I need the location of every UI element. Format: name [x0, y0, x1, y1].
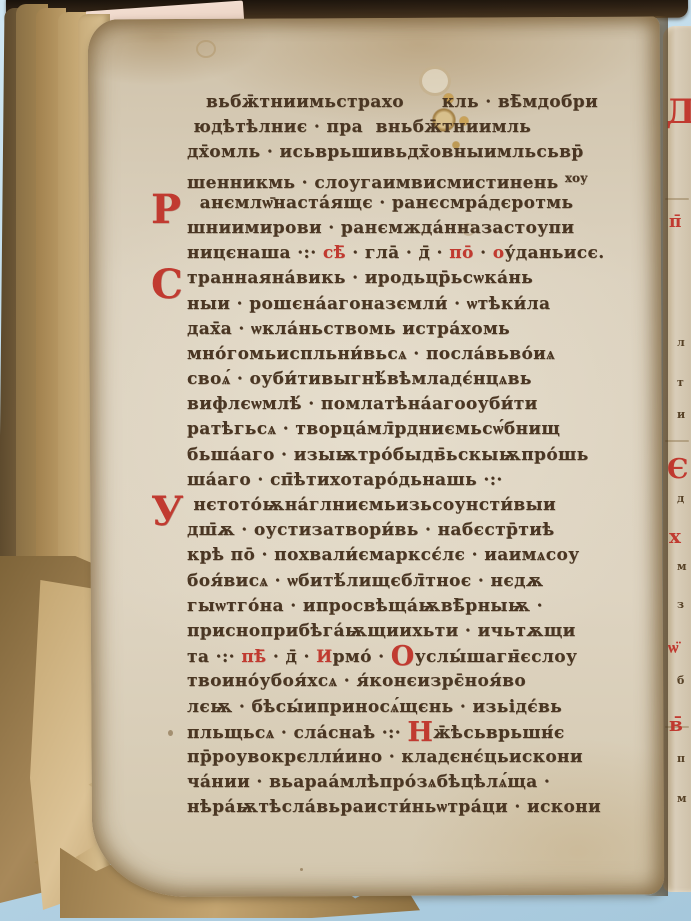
text-line: шниимирови · ранємжда́нназастоупи — [187, 216, 657, 241]
line-segment: пѣ̄ — [241, 647, 266, 667]
text-fragment: и — [677, 408, 685, 421]
line-segment: нєтото́ѭна́глниємьизьсоунсти́выи — [187, 495, 556, 515]
text-line: пльщьсѧ · сла́снаѣ ·:· Нж̄ѣсьврьшн́є — [187, 720, 657, 745]
rubric-letter: Є — [667, 454, 688, 485]
text-line: мно́гомьиспльни́вьсѧ · посла́вьво́иѧ — [187, 342, 657, 367]
drop-cap-initial: Р — [151, 188, 185, 232]
line-segment: дх̄омль · исьврьшивьдх̄овныимльсьвр̄ — [187, 142, 584, 162]
speck — [300, 868, 303, 871]
text-fragment: м — [677, 560, 687, 573]
text-line: гыѡтго́на · ипросвѣща́ѭвѣ̄рныѭ · — [187, 594, 657, 619]
text-block: вьбж̄тниимьстрахо кль · вѣ̄мдобри юдѣтѣл… — [187, 90, 657, 820]
line-segment: нѣра́ѭтѣсла́вьраисти́ньѡтра́ци · искони — [187, 797, 601, 817]
text-line: своѧ́ · оуби́тивыгнѣ́вѣмладє́нцѧвь — [187, 367, 657, 392]
line-segment: рмо́ · — [333, 647, 391, 667]
rubric-letter: в̄ — [669, 712, 683, 736]
rubric-letter: п̄ — [669, 212, 681, 232]
line-segment: о — [493, 243, 505, 263]
text-line: шенникмь · слоугаимвисмистинень хоу — [187, 166, 657, 191]
rubric-letter: ѡ̈ — [668, 638, 679, 658]
line-segment: ныи · рошєна́агоназємли́ · ѡтѣки́ла — [187, 294, 550, 314]
text-line: ча́нии · вьараа́млѣпро́зѧбѣцѣлѧ́ща · — [187, 770, 657, 795]
text-line: нѣра́ѭтѣсла́вьраисти́ньѡтра́ци · искони — [187, 795, 657, 820]
line-segment: мно́гомьиспльни́вьсѧ · посла́вьво́иѧ — [187, 344, 555, 364]
text-line: ницєнаша ·:· сѣ̄ · гла̄ · д̄ · по̄ · оу́… — [187, 241, 657, 266]
line-segment: бьша́аго · изыѭтро́быдв̄ьскыѭпро́шь — [187, 445, 589, 465]
line-segment: шниимирови · ранємжда́нназастоупи — [187, 218, 574, 238]
text-line: бьша́аго · изыѭтро́быдв̄ьскыѭпро́шь — [187, 443, 657, 468]
line-segment: та ·:· — [187, 647, 241, 667]
line-segment: ча́нии · вьараа́млѣпро́зѧбѣцѣлѧ́ща · — [187, 772, 550, 792]
rubric-letter: Д — [666, 92, 691, 132]
text-line: крѣ по̄ · похвали́ємарксє́лє · иаимѧсоу — [187, 543, 657, 568]
line-segment: своѧ́ · оуби́тивыгнѣ́вѣмладє́нцѧвь — [187, 369, 532, 389]
text-line: вифлєѡмлѣ́ · помлатѣна́агооуби́ти — [187, 392, 657, 417]
line-segment: И — [316, 647, 332, 667]
text-line: присноприбѣга́ѭщиихьти · ичьтѫщи — [187, 619, 657, 644]
line-segment: Н — [407, 717, 433, 748]
ink-speck — [168, 730, 173, 736]
line-segment: вьбж̄тниимьстрахо кль · вѣ̄мдобри — [187, 92, 598, 112]
line-segment: вифлєѡмлѣ́ · помлатѣна́агооуби́ти — [187, 394, 538, 414]
parchment-crease — [665, 440, 689, 442]
line-segment: у́даньисє. — [505, 243, 605, 263]
text-line: дш̄ѫ · оустизатвори́вь · набєстр̄тиѣ — [187, 518, 657, 543]
text-fragment: т — [677, 376, 684, 389]
line-segment: О — [391, 641, 415, 672]
text-line: У нєтото́ѭна́глниємьизьсоунсти́выи — [187, 493, 657, 518]
line-segment: пр̄роувокрєлли́ино · кладєнє́цьискони — [187, 747, 583, 767]
text-line: ша́аго · сп̄ѣтихотаро́дьнашь ·:· — [187, 468, 657, 493]
line-segment: · — [474, 243, 493, 263]
line-segment: шенникмь · слоугаимвисмистинень — [187, 173, 565, 193]
line-segment: гыѡтго́на · ипросвѣща́ѭвѣ̄рныѭ · — [187, 596, 543, 616]
text-fragment: д — [677, 492, 684, 505]
line-segment: анємлѡ̄наста́ящє · ранєсмра́дєротмь — [187, 193, 573, 213]
line-segment: ницєнаша ·:· — [187, 243, 323, 263]
text-line: боя́висѧ · ѡбитѣ́лищєбл̄тноє · нєдѫ — [187, 569, 657, 594]
manuscript-photo: Дп̄лтиЄдхмзѡ̈бв̄пм вьбж̄тниимьстрахо кль… — [0, 0, 691, 921]
text-line: Р анємлѡ̄наста́ящє · ранєсмра́дєротмь — [187, 191, 657, 216]
line-segment: сѣ̄ — [323, 243, 346, 263]
text-line: дх̄омль · исьврьшивьдх̄овныимльсьвр̄ — [187, 140, 657, 165]
text-line: ныи · рошєна́агоназємли́ · ѡтѣки́ла — [187, 292, 657, 317]
text-line: юдѣтѣлниє · пра вньбж̄тниимль — [187, 115, 657, 140]
rubric-letter: х — [669, 524, 681, 548]
text-fragment: м — [677, 792, 687, 805]
line-segment: ша́аго · сп̄ѣтихотаро́дьнашь ·:· — [187, 470, 503, 490]
line-segment: дах̄а · ѡкла́ньствомь истра́хомь — [187, 319, 510, 339]
text-line: твоино́убоя́хсѧ · я́конєизрє̄ноя́во — [187, 669, 657, 694]
line-segment: ж̄ѣсьврьшн́є — [433, 723, 564, 743]
text-line: пр̄роувокрєлли́ино · кладєнє́цьискони — [187, 745, 657, 770]
line-segment: · д̄ · — [267, 647, 317, 667]
text-line: дах̄а · ѡкла́ньствомь истра́хомь — [187, 317, 657, 342]
line-segment: лєѭ · бѣсы́иприносѧ́щєнь · изьідє́вь — [187, 697, 562, 717]
text-line: ратѣгьсѧ · творца́мл̄рдниємьсѡ́бнищ — [187, 417, 657, 442]
line-segment: присноприбѣга́ѭщиихьти · ичьтѫщи — [187, 621, 576, 641]
text-line: вьбж̄тниимьстрахо кль · вѣ̄мдобри — [187, 90, 657, 115]
line-segment: дш̄ѫ · оустизатвори́вь · набєстр̄тиѣ — [187, 520, 555, 540]
line-segment: боя́висѧ · ѡбитѣ́лищєбл̄тноє · нєдѫ — [187, 571, 543, 591]
parchment-stain-ring — [196, 40, 216, 58]
line-segment: траннаяна́викь · иродьцр̄ьсѡка́нь — [187, 268, 533, 288]
text-fragment: з — [677, 598, 684, 611]
line-segment: · гла̄ · д̄ · — [346, 243, 449, 263]
line-segment: юдѣтѣлниє · пра вньбж̄тниимль — [187, 117, 531, 137]
text-line: Страннаяна́викь · иродьцр̄ьсѡка́нь — [187, 266, 657, 291]
line-segment: по̄ — [449, 243, 474, 263]
line-segment: пльщьсѧ · сла́снаѣ ·:· — [187, 723, 407, 743]
line-segment: ратѣгьсѧ · творца́мл̄рдниємьсѡ́бнищ — [187, 419, 560, 439]
text-fragment: л — [677, 336, 685, 349]
drop-cap-initial: У — [151, 490, 185, 534]
text-line: та ·:· пѣ̄ · д̄ · Ирмо́ · Оуслы́шагн̄єсл… — [187, 644, 657, 669]
text-fragment: б — [677, 674, 684, 687]
line-segment: хоу — [565, 171, 588, 185]
line-segment: услы́шагн̄єслоу — [415, 647, 578, 667]
parchment-crease — [665, 198, 689, 200]
line-segment: крѣ по̄ · похвали́ємарксє́лє · иаимѧсоу — [187, 545, 579, 565]
text-fragment: п — [677, 752, 685, 765]
line-segment: твоино́убоя́хсѧ · я́конєизрє̄ноя́во — [187, 671, 526, 691]
drop-cap-initial: С — [151, 263, 185, 307]
